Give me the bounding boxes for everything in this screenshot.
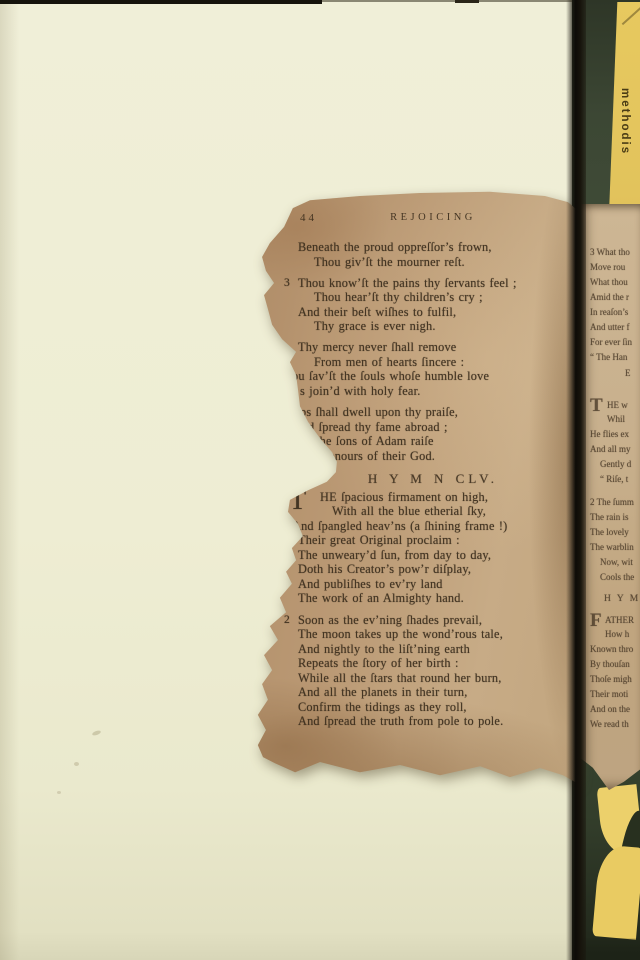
facing-page-text-fragment: 3 What tho	[590, 247, 630, 257]
verse-line: And ſpread the truth from pole to pole.	[298, 714, 573, 729]
verse-line: The unweary’d ſun, from day to day,	[298, 548, 573, 563]
torn-hymn-page-paper: 44 REJOICING Beneath the proud oppreſſor…	[253, 190, 577, 794]
verse-line: Thou giv’ſt the mourner reſt.	[298, 255, 573, 270]
stanza: 2Soon as the ev’ning ſhades prevail,The …	[298, 613, 573, 729]
facing-page-text-fragment: Gently d	[600, 459, 631, 469]
book-photo: methodis 3 What thoMove rouWhat thouAmid…	[0, 0, 640, 960]
verse-line: The moon takes up the wond’rous tale,	[298, 627, 573, 642]
verse-line: And ſpangled heav’ns (a ſhining frame !)	[292, 519, 573, 534]
facing-page-text-fragment: Move rou	[590, 262, 625, 272]
facing-page-text-fragment: The lovely	[590, 527, 629, 537]
facing-page-text-fragment: ATHER	[605, 615, 634, 625]
verse-line: With all the blue etherial ſky,	[298, 504, 573, 519]
facing-page-text-fragment: HE w	[607, 400, 628, 410]
facing-page-text-fragment: T	[590, 396, 603, 415]
verse-line: Thou know’ſt the pains thy ſervants feel…	[298, 276, 573, 291]
hymn-clv-stanzas: THE ſpacious firmament on high,With all …	[298, 490, 573, 729]
stanza: 3Thou know’ſt the pains thy ſervants fee…	[298, 276, 573, 334]
facing-page-text-fragment: And on the	[590, 704, 630, 714]
verse-line: honours of their God.	[298, 449, 573, 464]
facing-page-text-fragment: “ Riſe, t	[600, 474, 628, 484]
hymn-text-column: Beneath the proud oppreſſor’s frown,Thou…	[298, 240, 573, 735]
facing-page-text-fragment: How h	[605, 629, 629, 639]
verse-line: And their beſt wiſhes to fulfil,	[298, 305, 573, 320]
facing-page-text-fragment: Known thro	[590, 644, 633, 654]
facing-page-text-fragment: He flies ex	[590, 429, 629, 439]
facing-page-text-fragment: H Y M	[604, 594, 640, 604]
verse-line: The work of an Almighty hand.	[298, 591, 573, 606]
facing-page-text-fragment: The warblin	[590, 542, 634, 552]
verse-line: Soon as the ev’ning ſhades prevail,	[298, 613, 573, 628]
verse-line: And all the planets in their turn,	[298, 685, 573, 700]
verse-line: While all the ſtars that round her burn,	[298, 671, 573, 686]
facing-page-text-fragment: The rain is	[590, 512, 629, 522]
facing-page-text-fragment: By thouſan	[590, 659, 630, 669]
verse-line: Thou hear’ſt thy children’s cry ;	[298, 290, 573, 305]
verse-line: Thy mercy never ſhall remove	[298, 340, 573, 355]
facing-page-text-fragment: And utter f	[590, 322, 630, 332]
facing-page-text-fragment: F	[590, 611, 602, 630]
top-frame-edge	[0, 0, 322, 4]
hymn-cliv-stanzas: Beneath the proud oppreſſor’s frown,Thou…	[298, 240, 573, 463]
facing-page-text-fragment: 2 The ſumm	[590, 497, 634, 507]
verse-number: 2	[284, 614, 290, 626]
verse-line: ps ſhall dwell upon thy praiſe,	[298, 405, 573, 420]
verse-line: the ſons of Adam raiſe	[298, 434, 573, 449]
verse-line: Doth his Creator’s pow’r diſplay,	[298, 562, 573, 577]
paper-speck	[74, 762, 79, 766]
stanza: Thy mercy never ſhall removeFrom men of …	[298, 340, 573, 398]
drop-cap: T	[289, 487, 306, 515]
facing-page-text-fragment: Cools the	[600, 572, 634, 582]
paper-speck	[92, 730, 102, 737]
spine-insert-label: methodis	[619, 88, 631, 155]
facing-page-text-fragment: Whil	[607, 414, 625, 424]
hymn-clv-heading: H Y M N CLV.	[298, 470, 568, 487]
top-frame-edge	[455, 0, 479, 3]
verse-line: Beneath the proud oppreſſor’s frown,	[298, 240, 573, 255]
facing-page-text-fragment: In reaſon’s	[590, 307, 628, 317]
verse-line: s join’d with holy fear.	[298, 384, 573, 399]
page-header: 44 REJOICING	[298, 212, 568, 223]
verse-line: Thy grace is ever nigh.	[298, 319, 573, 334]
facing-page-text-fragment: What thou	[590, 277, 628, 287]
facing-page-text-fragment: E	[625, 368, 631, 378]
facing-page: 3 What thoMove rouWhat thouAmid the rIn …	[578, 204, 640, 790]
stanza: ps ſhall dwell upon thy praiſe,d ſpread …	[298, 405, 573, 463]
facing-page-text-fragment: Amid the r	[590, 292, 629, 302]
stanza: Beneath the proud oppreſſor’s frown,Thou…	[298, 240, 573, 269]
verse-line: Confirm the tidings as they roll,	[298, 700, 573, 715]
top-frame-edge	[322, 0, 572, 2]
torn-hymn-page: 44 REJOICING Beneath the proud oppreſſor…	[253, 190, 577, 794]
verse-line: From men of hearts ſincere :	[298, 355, 573, 370]
verse-line: HE ſpacious firmament on high,	[298, 490, 573, 505]
facing-page-text-fragment: Now, wit	[600, 557, 633, 567]
verse-line: ou ſav’ſt the ſouls whoſe humble love	[292, 369, 573, 384]
verse-number: 3	[284, 277, 290, 289]
verse-line: Their great Original proclaim :	[298, 533, 573, 548]
facing-page-text-fragment: “ The Han	[590, 352, 627, 362]
facing-page-text-fragment: Their moti	[590, 689, 628, 699]
stanza: THE ſpacious firmament on high,With all …	[298, 490, 573, 606]
verse-line: Repeats the ſtory of her birth :	[298, 656, 573, 671]
facing-page-text-fragment: Thoſe migh	[590, 674, 632, 684]
facing-page-text-fragment: And all my	[590, 444, 631, 454]
page-gutter-shadow	[566, 0, 586, 960]
facing-page-text-fragment: We read th	[590, 719, 629, 729]
page-number: 44	[300, 212, 317, 224]
verse-line: d ſpread thy fame abroad ;	[298, 420, 573, 435]
facing-page-text-fragment: For ever ſin	[590, 337, 632, 347]
running-header: REJOICING	[298, 212, 568, 223]
paper-speck	[57, 791, 61, 794]
verse-line: And nightly to the liſt’ning earth	[298, 642, 573, 657]
verse-line: And publiſhes to ev’ry land	[298, 577, 573, 592]
insert-crease	[622, 1, 640, 25]
